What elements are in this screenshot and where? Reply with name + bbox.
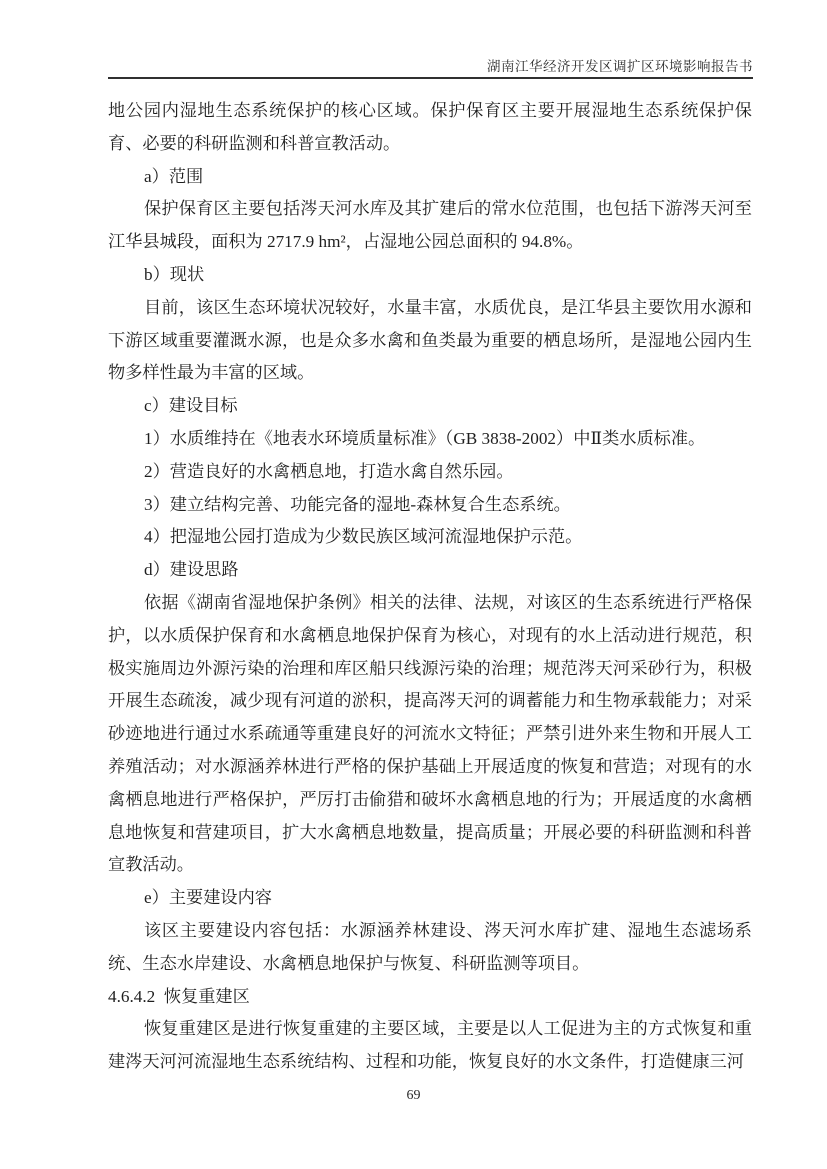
item-d-approach-label: d）建设思路: [108, 554, 752, 587]
item-e-content-label: e）主要建设内容: [108, 882, 752, 915]
paragraph-scope: 保护保育区主要包括涔天河水库及其扩建后的常水位范围，也包括下游涔天河至江华县城段…: [108, 193, 752, 259]
document-page: 湖南江华经济开发区调扩区环境影响报告书 地公园内湿地生态系统保护的核心区域。保护…: [0, 0, 827, 1169]
goal-item-3: 3）建立结构完善、功能完备的湿地-森林复合生态系统。: [108, 489, 752, 522]
paragraph-main-content: 该区主要建设内容包括：水源涵养林建设、涔天河水库扩建、湿地生态滤场系统、生态水岸…: [108, 915, 752, 981]
header-divider-rule: [108, 77, 753, 79]
item-a-scope-label: a）范围: [108, 161, 752, 194]
paragraph-approach: 依据《湖南省湿地保护条例》相关的法律、法规，对该区的生态系统进行严格保护，以水质…: [108, 587, 752, 882]
goal-item-1: 1）水质维持在《地表水环境质量标准》（GB 3838-2002）中Ⅱ类水质标准。: [108, 423, 752, 456]
paragraph-status: 目前，该区生态环境状况较好，水量丰富，水质优良，是江华县主要饮用水源和下游区域重…: [108, 292, 752, 390]
paragraph-restoration-zone: 恢复重建区是进行恢复重建的主要区域，主要是以人工促进为主的方式恢复和重建涔天河河…: [108, 1013, 752, 1079]
goal-item-2: 2）营造良好的水禽栖息地，打造水禽自然乐园。: [108, 456, 752, 489]
section-heading-4-6-4-2: 4.6.4.2 恢复重建区: [108, 981, 752, 1014]
item-b-status-label: b）现状: [108, 259, 752, 292]
page-number: 69: [0, 1088, 827, 1104]
item-c-goals-label: c）建设目标: [108, 390, 752, 423]
paragraph-continuation: 地公园内湿地生态系统保护的核心区域。保护保育区主要开展湿地生态系统保护保育、必要…: [108, 95, 752, 161]
goal-item-4: 4）把湿地公园打造成为少数民族区域河流湿地保护示范。: [108, 521, 752, 554]
running-header-title: 湖南江华经济开发区调扩区环境影响报告书: [108, 55, 753, 75]
document-body: 地公园内湿地生态系统保护的核心区域。保护保育区主要开展湿地生态系统保护保育、必要…: [108, 95, 752, 1079]
